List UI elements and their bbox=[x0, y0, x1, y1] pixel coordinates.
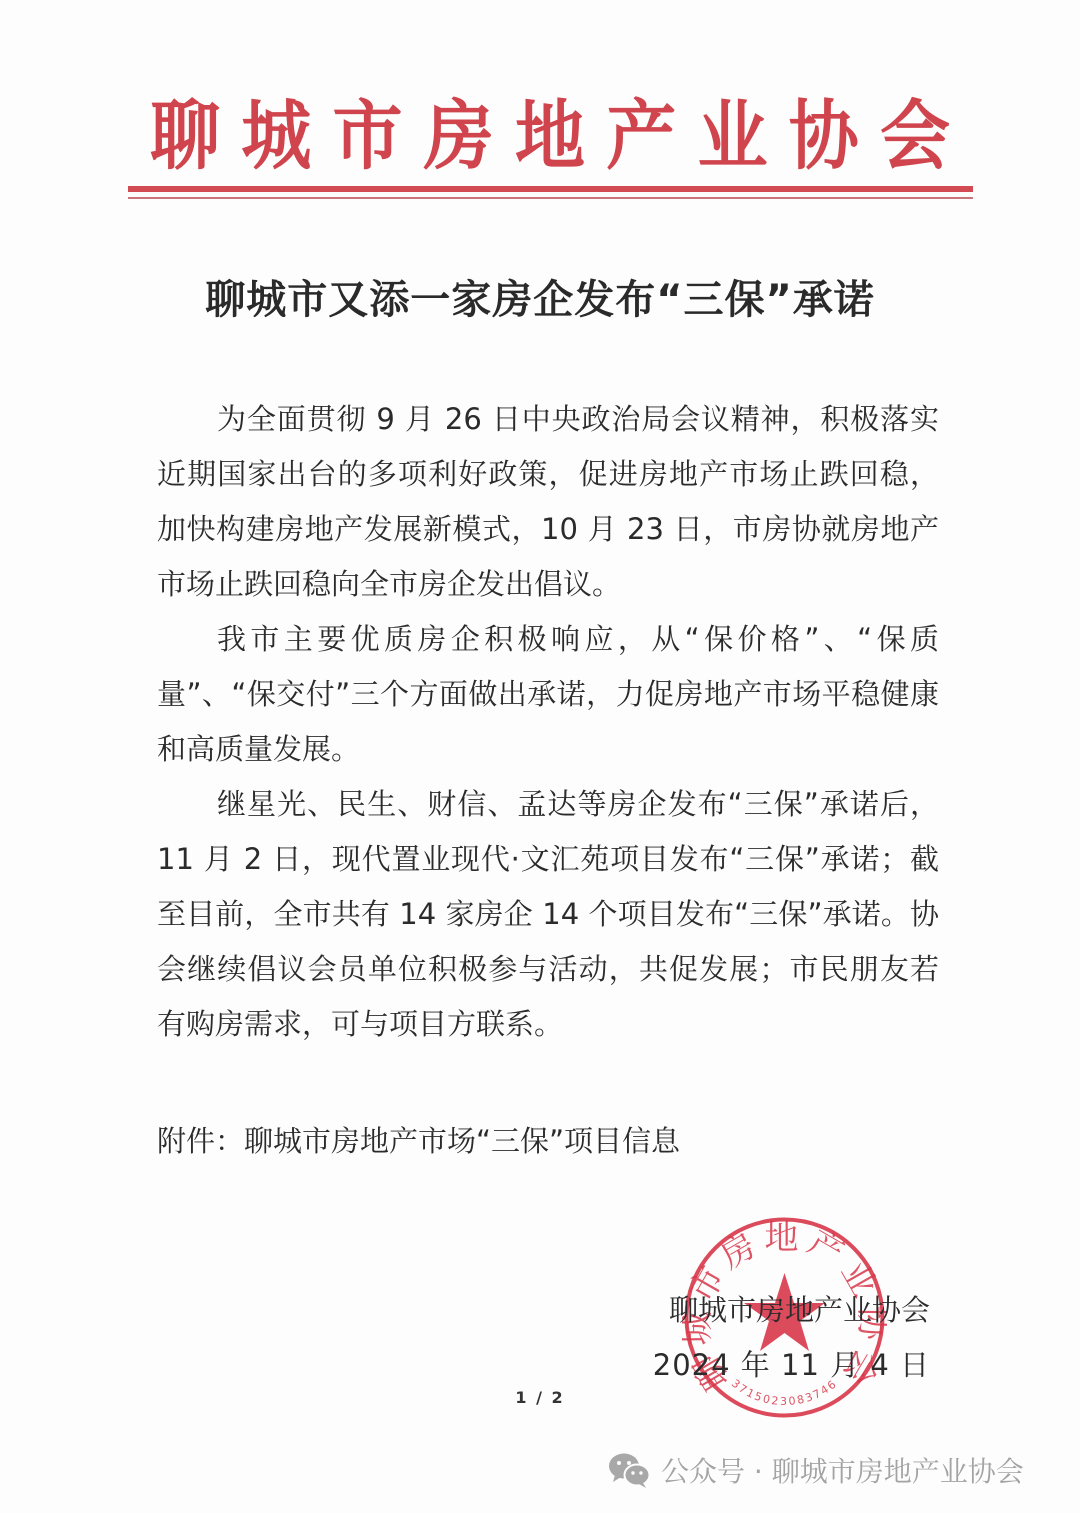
attachment-note: 附件：聊城市房地产市场“三保”项目信息 bbox=[157, 1114, 680, 1169]
letterhead-divider-thin bbox=[128, 197, 973, 199]
letterhead-divider-thick bbox=[128, 186, 973, 192]
paragraph: 为全面贯彻 9 月 26 日中央政治局会议精神，积极落实近期国家出台的多项利好政… bbox=[157, 392, 939, 612]
letterhead-char: 会 bbox=[880, 98, 950, 174]
paragraph: 我市主要优质房企积极响应，从“保价格”、“保质量”、“保交付”三个方面做出承诺，… bbox=[157, 612, 939, 777]
letterhead-char: 地 bbox=[515, 98, 585, 174]
letterhead-org-name: 聊 城 市 房 地 产 业 协 会 bbox=[150, 93, 950, 179]
letterhead-char: 聊 bbox=[150, 98, 220, 174]
letterhead-char: 产 bbox=[606, 98, 676, 174]
wechat-account-watermark: 公众号 · 聊城市房地产业协会 bbox=[607, 1450, 1024, 1490]
letterhead-char: 房 bbox=[424, 98, 494, 174]
wechat-icon bbox=[607, 1450, 651, 1490]
signature-organization: 聊城市房地产业协会 bbox=[653, 1283, 930, 1338]
letterhead-char: 市 bbox=[333, 98, 403, 174]
letterhead-char: 协 bbox=[789, 98, 859, 174]
signature-block: 聊城市房地产业协会 2024 年 11 月 4 日 bbox=[653, 1283, 930, 1393]
paragraph: 继星光、民生、财信、孟达等房企发布“三保”承诺后，11 月 2 日，现代置业现代… bbox=[157, 777, 939, 1052]
document-title: 聊城市又添一家房企发布“三保”承诺 bbox=[0, 274, 1080, 326]
letterhead-char: 城 bbox=[241, 98, 311, 174]
signature-date: 2024 年 11 月 4 日 bbox=[653, 1338, 930, 1393]
page-indicator: 1 / 2 bbox=[0, 1388, 1080, 1407]
letterhead-char: 业 bbox=[698, 98, 768, 174]
watermark-text: 公众号 · 聊城市房地产业协会 bbox=[661, 1450, 1024, 1490]
document-body: 为全面贯彻 9 月 26 日中央政治局会议精神，积极落实近期国家出台的多项利好政… bbox=[157, 392, 939, 1052]
